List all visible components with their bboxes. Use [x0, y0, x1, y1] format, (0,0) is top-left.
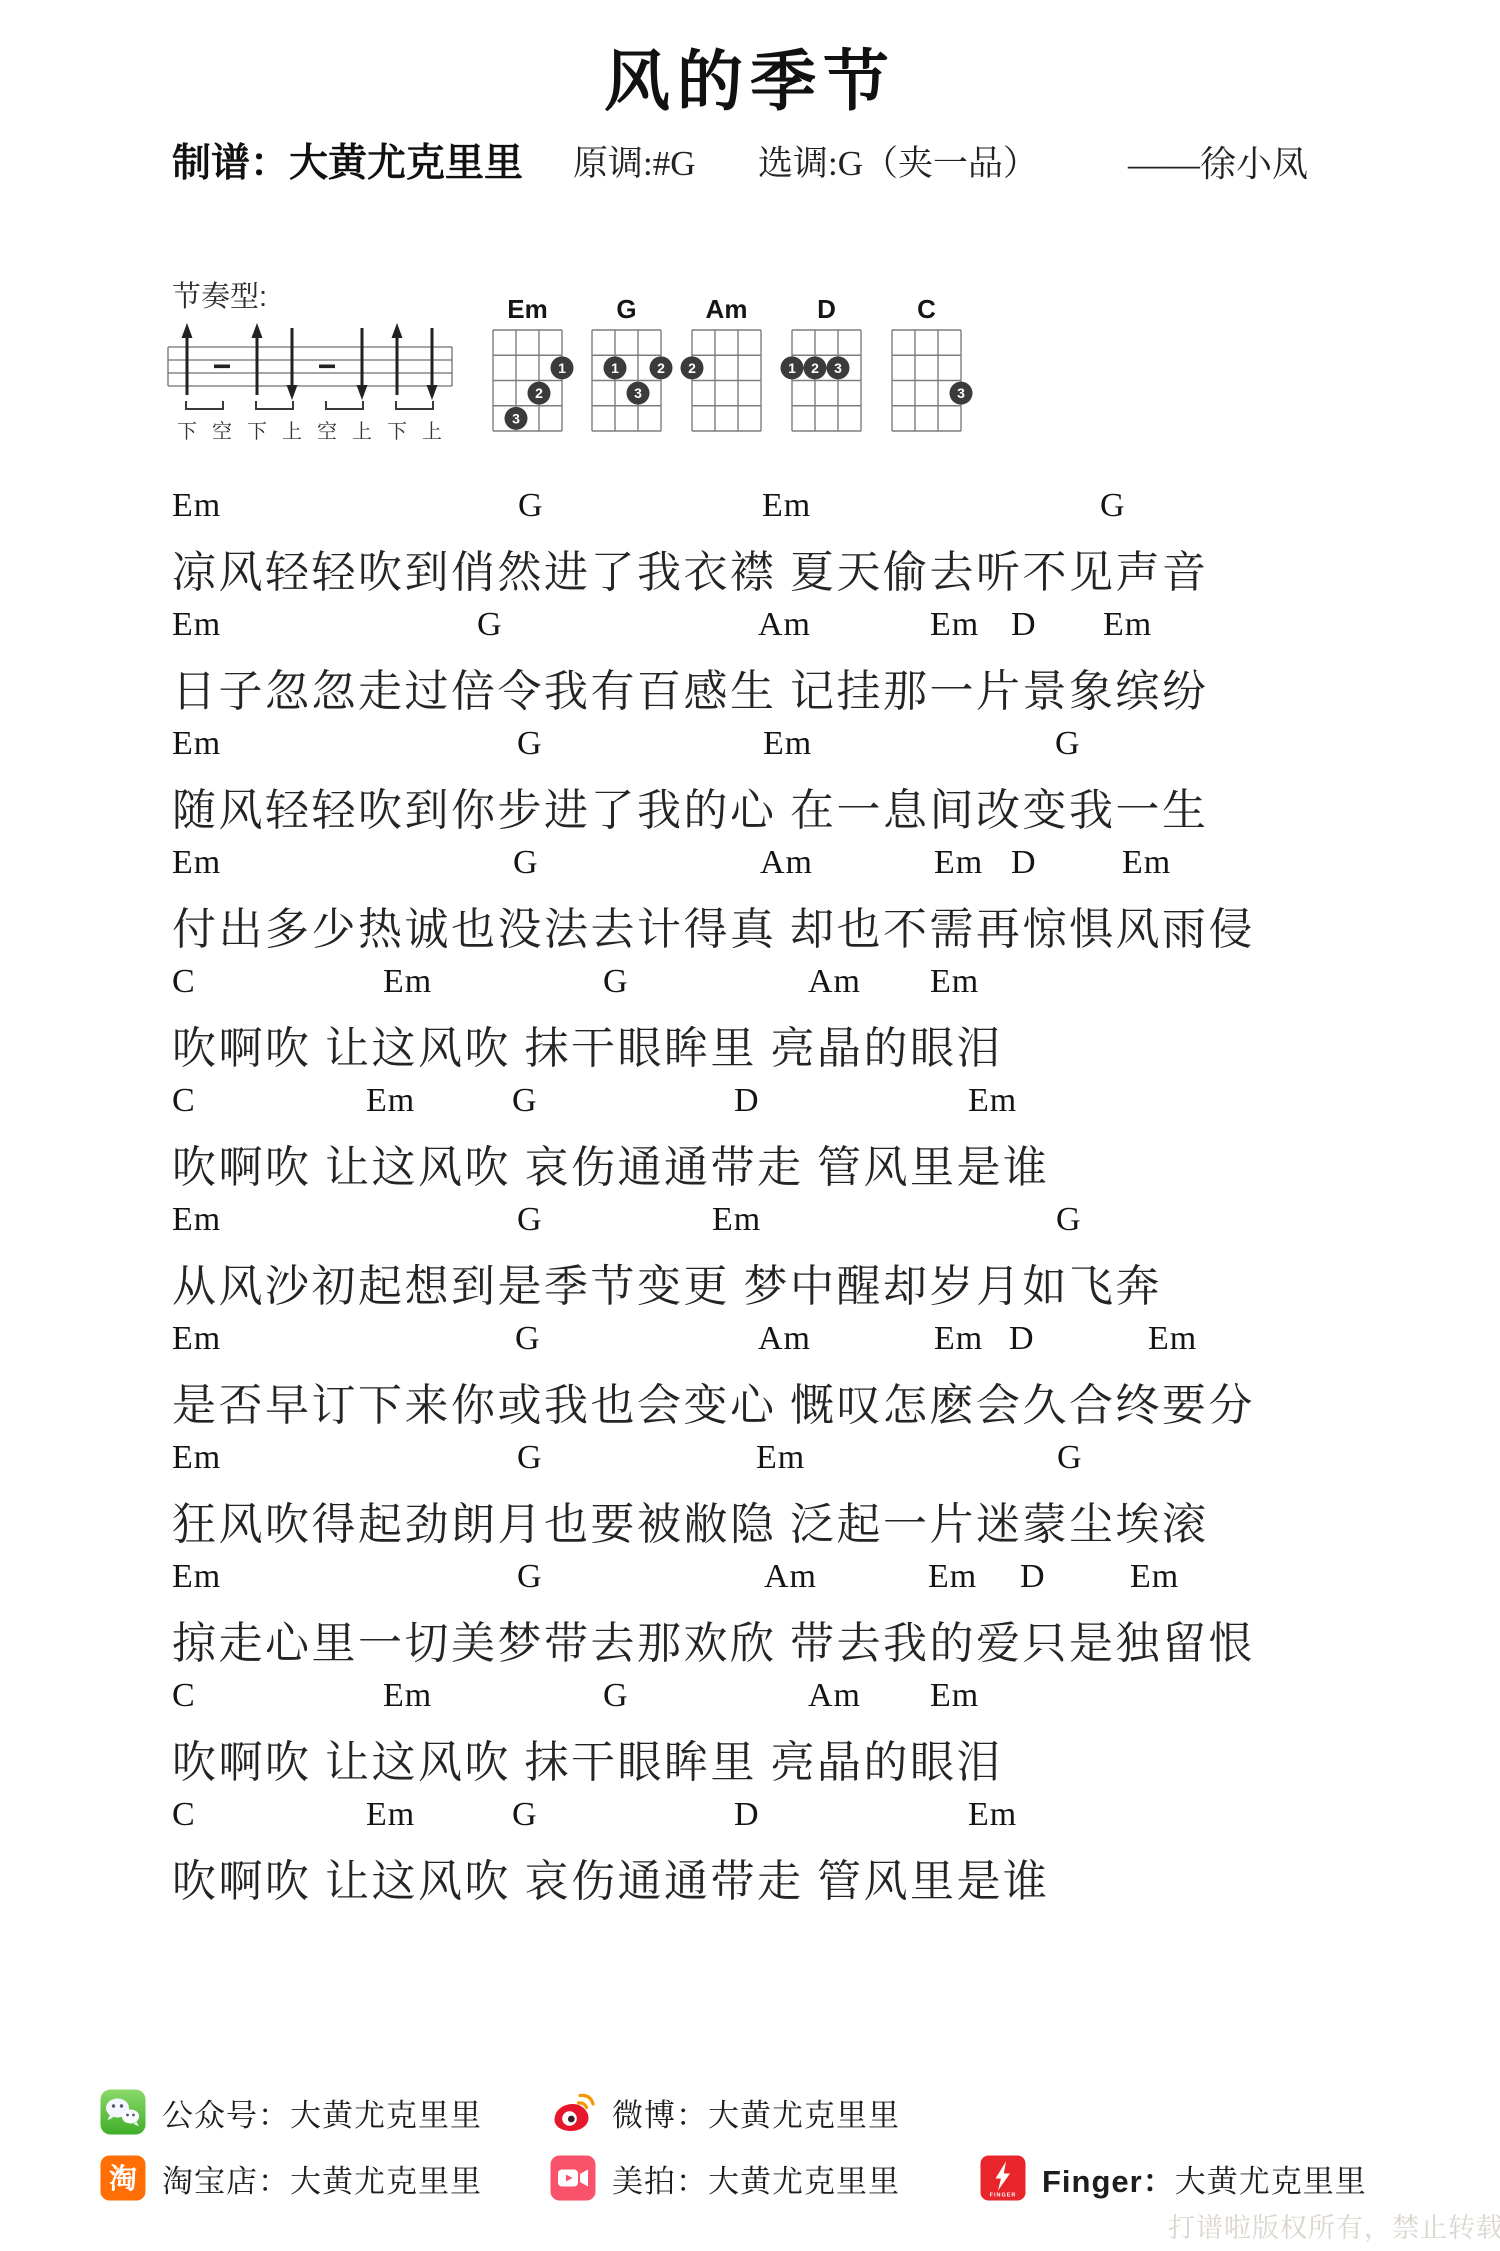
chord-label: Am — [758, 606, 811, 644]
chord-label: Em — [172, 844, 221, 882]
chord-diagram-label: C — [917, 294, 936, 324]
rhythm-pattern-diagram: 下空下上空上下上 — [158, 316, 468, 448]
song-line: CEmGAmEm吹啊吹 让这风吹 抹干眼眸里 亮晶的眼泪 — [0, 1677, 1500, 1796]
chord-label: Am — [808, 963, 861, 1001]
stroke-label: 下 — [247, 420, 267, 443]
lyric-text: 吹啊吹 让这风吹 抹干眼眸里 亮晶的眼泪 — [172, 1012, 1003, 1076]
up-arrow-stroke — [392, 323, 403, 395]
finger-number: 2 — [535, 385, 543, 401]
chord-label: G — [512, 1082, 538, 1120]
chord-label: Em — [763, 725, 812, 763]
chord-diagram-Am: Am2 — [678, 294, 775, 446]
chord-label: Em — [172, 487, 221, 525]
stroke-label: 下 — [177, 420, 197, 443]
lyric-text: 吹啊吹 让这风吹 抹干眼眸里 亮晶的眼泪 — [172, 1726, 1003, 1790]
selected-key: 选调:G（夹一品） — [758, 141, 1038, 187]
chord-label: G — [1057, 1439, 1083, 1477]
original-key: 原调:#G — [573, 141, 696, 187]
footer-label-prefix: 公众号： — [162, 2098, 290, 2133]
chord-label: Em — [1148, 1320, 1197, 1358]
chord-label: G — [1100, 487, 1126, 525]
lyric-text: 掠走心里一切美梦带去那欢欣 带去我的爱只是独留恨 — [172, 1607, 1255, 1671]
lyric-text: 随风轻轻吹到你步进了我的心 在一息间改变我一生 — [172, 774, 1209, 838]
finger-number: 2 — [688, 360, 696, 376]
down-arrow-stroke — [357, 328, 368, 400]
down-arrow-stroke — [427, 328, 438, 400]
footer-label: 美拍：大黄尤克里里 — [612, 2156, 900, 2201]
chord-label: Em — [172, 1320, 221, 1358]
lyric-text: 吹啊吹 让这风吹 哀伤通通带走 管风里是谁 — [172, 1131, 1050, 1195]
footer-label-name: 大黄尤克里里 — [708, 2164, 900, 2199]
stroke-label: 上 — [282, 420, 302, 443]
song-line: CEmGAmEm吹啊吹 让这风吹 抹干眼眸里 亮晶的眼泪 — [0, 963, 1500, 1082]
chord-label: Am — [764, 1558, 817, 1596]
song-line: EmGEmG凉风轻轻吹到俏然进了我衣襟 夏天偷去听不见声音 — [0, 487, 1500, 606]
stroke-label: 上 — [352, 420, 372, 443]
chord-label: G — [1056, 1201, 1082, 1239]
footer-label: 淘宝店：大黄尤克里里 — [162, 2156, 482, 2201]
wechat-icon — [100, 2089, 146, 2135]
finger-number: 2 — [811, 360, 819, 376]
eighth-note-beam — [396, 401, 433, 409]
footer-label-name: 大黄尤克里里 — [1175, 2164, 1367, 2199]
eighth-note-beam — [186, 401, 223, 409]
eighth-note-beam — [326, 401, 363, 409]
finger-number: 2 — [657, 360, 665, 376]
chord-diagram-D: D123 — [778, 294, 875, 446]
chord-diagram-label: Em — [507, 294, 547, 324]
chord-label: Em — [172, 725, 221, 763]
lyric-text: 是否早订下来你或我也会变心 慨叹怎麽会久合终要分 — [172, 1369, 1255, 1433]
chord-diagram-label: D — [817, 294, 836, 324]
footer-label: 公众号：大黄尤克里里 — [162, 2090, 482, 2135]
watermark: 打谱啦版权所有，禁止转载 — [1168, 2206, 1500, 2245]
finger-number: 3 — [512, 410, 520, 426]
chord-label: Em — [366, 1796, 415, 1834]
chord-label: Em — [1122, 844, 1171, 882]
chord-label: Em — [172, 606, 221, 644]
finger-icon: FINGER — [980, 2155, 1026, 2201]
song-line: CEmGDEm吹啊吹 让这风吹 哀伤通通带走 管风里是谁 — [0, 1082, 1500, 1201]
finger-number: 3 — [634, 385, 642, 401]
song-line: EmGEmG随风轻轻吹到你步进了我的心 在一息间改变我一生 — [0, 725, 1500, 844]
chord-label: Am — [758, 1320, 811, 1358]
footer-label-prefix: Finger： — [1042, 2164, 1175, 2199]
stroke-label: 空 — [212, 420, 232, 443]
svg-text:淘: 淘 — [109, 2163, 137, 2194]
chord-label: G — [517, 1558, 543, 1596]
chord-label: G — [512, 1796, 538, 1834]
weibo-icon — [550, 2089, 596, 2135]
footer-label-name: 大黄尤克里里 — [290, 2098, 482, 2133]
svg-text:FINGER: FINGER — [990, 2193, 1017, 2199]
finger-number: 1 — [788, 360, 796, 376]
chord-label: Em — [366, 1082, 415, 1120]
chord-label: Em — [968, 1796, 1017, 1834]
up-arrow-stroke — [252, 323, 263, 395]
stroke-label: 空 — [317, 420, 337, 443]
song-line: CEmGDEm吹啊吹 让这风吹 哀伤通通带走 管风里是谁 — [0, 1796, 1500, 1915]
chord-label: G — [517, 1439, 543, 1477]
rest-dash — [319, 365, 335, 369]
chord-label: Em — [756, 1439, 805, 1477]
chord-label: D — [734, 1082, 760, 1120]
finger-number: 3 — [957, 385, 965, 401]
chord-label: G — [518, 487, 544, 525]
chord-label: Em — [172, 1558, 221, 1596]
taobao-icon: 淘 — [100, 2155, 146, 2201]
chord-diagram-label: Am — [706, 294, 748, 324]
chord-label: C — [172, 1677, 196, 1715]
chord-label: Em — [930, 963, 979, 1001]
lyric-text: 吹啊吹 让这风吹 哀伤通通带走 管风里是谁 — [172, 1845, 1050, 1909]
chord-label: Em — [928, 1558, 977, 1596]
up-arrow-stroke — [182, 323, 193, 395]
chord-label: D — [734, 1796, 760, 1834]
chord-diagram-Em: Em123 — [479, 294, 576, 446]
footer-item-meipai: 美拍：大黄尤克里里 — [550, 2154, 900, 2202]
chord-label: Em — [930, 1677, 979, 1715]
page-title: 风的季节 — [0, 28, 1500, 123]
song-line: EmGAmEmDEm日子忽忽走过倍令我有百感生 记挂那一片景象缤纷 — [0, 606, 1500, 725]
chord-label: Am — [808, 1677, 861, 1715]
down-arrow-stroke — [287, 328, 298, 400]
chord-label: G — [603, 1677, 629, 1715]
chord-label: D — [1009, 1320, 1035, 1358]
chord-label: Em — [930, 606, 979, 644]
song-line: EmGEmG狂风吹得起劲朗月也要被敝隐 泛起一片迷蒙尘埃滚 — [0, 1439, 1500, 1558]
chord-label: Em — [1130, 1558, 1179, 1596]
chord-label: G — [517, 1201, 543, 1239]
footer-label-name: 大黄尤克里里 — [708, 2098, 900, 2133]
lyric-text: 付出多少热诚也没法去计得真 却也不需再惊惧风雨侵 — [172, 893, 1255, 957]
footer-item-finger: FINGER Finger：大黄尤克里里 — [980, 2154, 1367, 2202]
chord-diagram-C: C3 — [878, 294, 975, 446]
chord-label: D — [1020, 1558, 1046, 1596]
lyric-text: 从风沙初起想到是季节变更 梦中醒却岁月如飞奔 — [172, 1250, 1162, 1314]
lyric-text: 凉风轻轻吹到俏然进了我衣襟 夏天偷去听不见声音 — [172, 536, 1209, 600]
chord-label: G — [603, 963, 629, 1001]
rest-dash — [214, 365, 230, 369]
chord-label: C — [172, 963, 196, 1001]
chord-label: Em — [762, 487, 811, 525]
footer-item-taobao: 淘 淘宝店：大黄尤克里里 — [100, 2154, 482, 2202]
song-line: EmGAmEmDEm付出多少热诚也没法去计得真 却也不需再惊惧风雨侵 — [0, 844, 1500, 963]
chord-label: Em — [383, 963, 432, 1001]
chord-label: Am — [760, 844, 813, 882]
finger-number: 1 — [611, 360, 619, 376]
chord-label: G — [477, 606, 503, 644]
eighth-note-beam — [256, 401, 293, 409]
chord-label: Em — [172, 1201, 221, 1239]
footer-label-prefix: 淘宝店： — [162, 2164, 290, 2199]
finger-number: 3 — [834, 360, 842, 376]
chord-label: D — [1011, 844, 1037, 882]
chord-diagram-G: G123 — [578, 294, 675, 446]
chord-label: D — [1011, 606, 1037, 644]
producer-label: 制谱：大黄尤克里里 — [172, 141, 523, 187]
chord-label: G — [1055, 725, 1081, 763]
chord-label: G — [517, 725, 543, 763]
footer-label-prefix: 微博： — [612, 2098, 708, 2133]
chord-label: Em — [968, 1082, 1017, 1120]
artist-name: ——徐小凤 — [1128, 141, 1308, 187]
stroke-label: 上 — [422, 420, 442, 443]
meipai-icon — [550, 2155, 596, 2201]
footer-label: Finger：大黄尤克里里 — [1042, 2156, 1367, 2201]
chord-label: G — [513, 844, 539, 882]
footer-item-wechat: 公众号：大黄尤克里里 — [100, 2088, 482, 2136]
lyric-text: 狂风吹得起劲朗月也要被敝隐 泛起一片迷蒙尘埃滚 — [172, 1488, 1209, 1552]
chord-label: C — [172, 1082, 196, 1120]
chord-label: G — [515, 1320, 541, 1358]
footer-item-weibo: 微博：大黄尤克里里 — [550, 2088, 900, 2136]
song-line: EmGEmG从风沙初起想到是季节变更 梦中醒却岁月如飞奔 — [0, 1201, 1500, 1320]
footer-label-prefix: 美拍： — [612, 2164, 708, 2199]
chord-sheet-page: 风的季节 制谱：大黄尤克里里 原调:#G 选调:G（夹一品） ——徐小凤 节奏型… — [0, 0, 1500, 2251]
chord-label: C — [172, 1796, 196, 1834]
chord-label: Em — [712, 1201, 761, 1239]
stroke-label: 下 — [387, 420, 407, 443]
footer-label-name: 大黄尤克里里 — [290, 2164, 482, 2199]
finger-number: 1 — [558, 360, 566, 376]
song-line: EmGAmEmDEm是否早订下来你或我也会变心 慨叹怎麽会久合终要分 — [0, 1320, 1500, 1439]
rhythm-pattern-label: 节奏型: — [172, 274, 267, 315]
chord-label: Em — [934, 1320, 983, 1358]
lyric-text: 日子忽忽走过倍令我有百感生 记挂那一片景象缤纷 — [172, 655, 1209, 719]
chord-label: Em — [383, 1677, 432, 1715]
chord-label: Em — [172, 1439, 221, 1477]
song-line: EmGAmEmDEm掠走心里一切美梦带去那欢欣 带去我的爱只是独留恨 — [0, 1558, 1500, 1677]
chord-label: Em — [1103, 606, 1152, 644]
chord-diagram-label: G — [616, 294, 636, 324]
footer-label: 微博：大黄尤克里里 — [612, 2090, 900, 2135]
chord-label: Em — [934, 844, 983, 882]
